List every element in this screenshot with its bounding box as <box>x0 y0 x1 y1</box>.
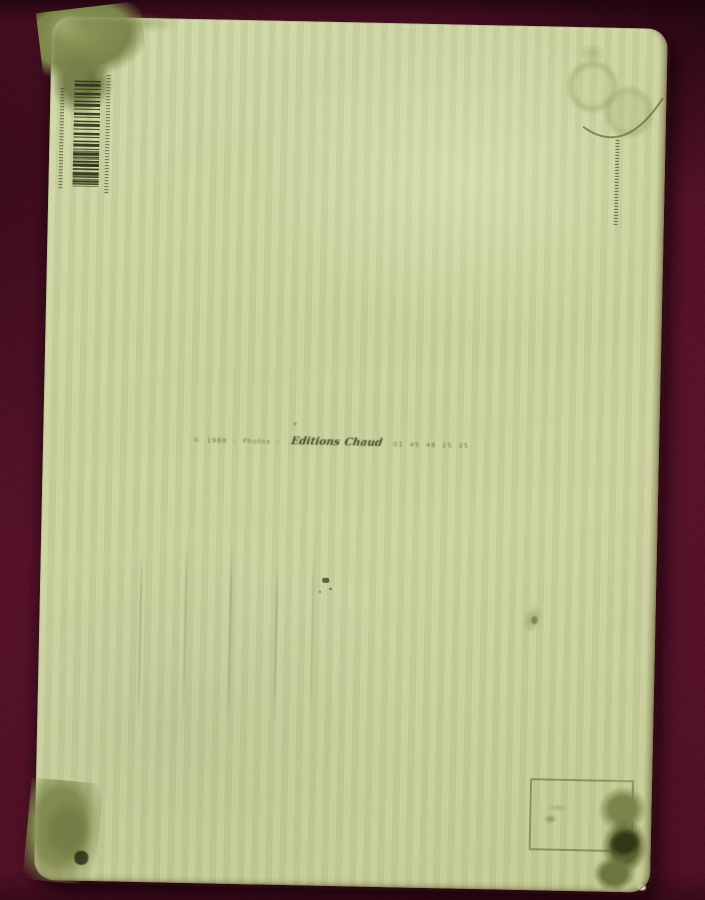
stain-blob <box>22 777 103 885</box>
stain-dark-spot <box>74 851 88 865</box>
tape-stain-bottom-right <box>52 16 668 29</box>
scratch-line <box>137 548 143 723</box>
vertical-microtext <box>614 140 620 226</box>
ink-speck-small <box>319 591 321 593</box>
imprint-line: © 1988 - Photos : Editions Chaud 01 45 4… <box>43 430 619 454</box>
barcode-dense-bars <box>72 150 99 187</box>
pencil-mark <box>543 814 557 823</box>
ink-speck <box>322 578 329 583</box>
stain-blob <box>579 43 605 64</box>
corner-highlight <box>638 884 646 890</box>
imprint-stray-dot <box>293 422 296 425</box>
imprint-publisher-script: Editions Chaud <box>290 435 383 449</box>
pen-curve-mark <box>569 87 670 149</box>
tape-stain-bottom-left <box>52 16 668 29</box>
imprint-suffix: 01 45 48 25 25 <box>393 440 469 450</box>
scratch-line <box>182 534 188 724</box>
barcode-microtext-left <box>58 88 64 188</box>
stain-highlight <box>84 791 104 875</box>
barcode-microtext-right <box>104 75 110 193</box>
stain-blob <box>38 794 95 867</box>
pencil-mark <box>547 805 567 811</box>
tape-stain-top-left <box>52 16 668 29</box>
scratch-line <box>309 542 315 727</box>
tape-stain-top-right <box>52 16 668 29</box>
imprint-prefix: © 1988 - Photos : <box>193 436 280 446</box>
scratch-streaks <box>52 16 668 29</box>
stain-blob <box>590 853 639 894</box>
scratch-line <box>227 545 233 725</box>
ink-speck-small <box>329 588 332 590</box>
photo-background: © 1988 - Photos : Editions Chaud 01 45 4… <box>0 0 705 900</box>
stain-blob <box>36 1 148 81</box>
postcard: © 1988 - Photos : Editions Chaud 01 45 4… <box>34 16 668 893</box>
stain-blob <box>110 13 180 32</box>
scratch-line <box>273 561 278 721</box>
stain-blob <box>45 10 86 45</box>
